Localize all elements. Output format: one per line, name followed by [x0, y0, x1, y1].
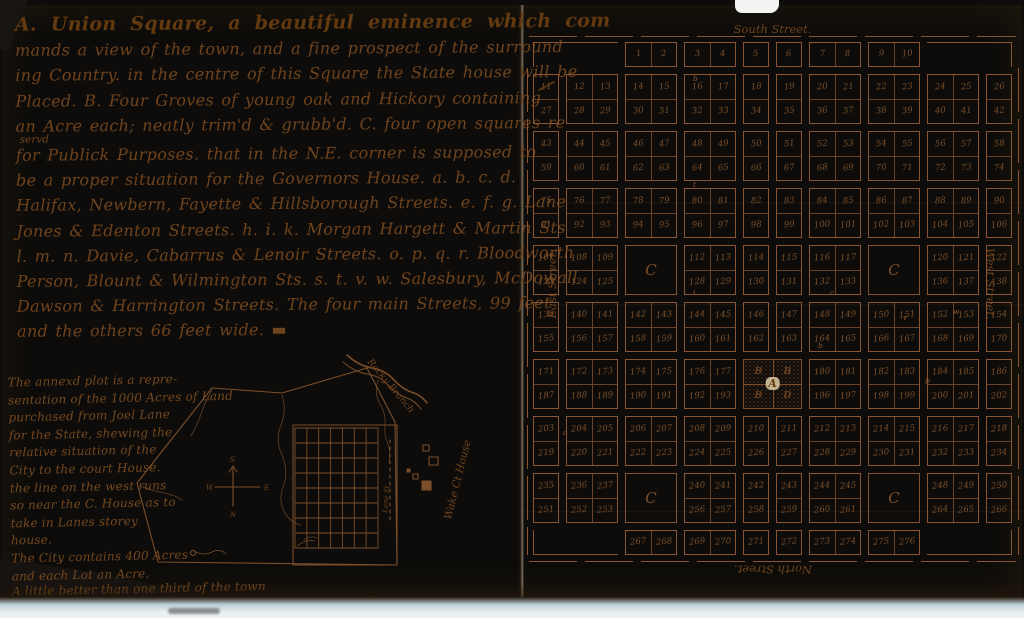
city-block: 54557071: [868, 131, 920, 181]
city-block: 267268: [625, 530, 677, 555]
lot-number: 29: [599, 107, 611, 116]
lot-number: 71: [901, 164, 913, 173]
lot-number: 77: [599, 196, 611, 205]
lot-cell: 144: [685, 303, 710, 327]
city-block: 80819697: [684, 188, 736, 238]
lot-number: 15: [658, 82, 670, 91]
lot-cell: 10: [894, 43, 919, 66]
public-square-label: C: [645, 491, 656, 506]
lot-number: 154: [991, 310, 1008, 320]
lot-cell: 120: [928, 246, 953, 270]
lot-cell: 230: [869, 441, 894, 465]
lot-number: 218: [991, 424, 1008, 434]
lot-cell: 188: [567, 384, 592, 408]
lot-cell: 211: [777, 417, 801, 441]
city-block: 112113128129: [684, 245, 736, 295]
city-block: 140141156157: [566, 302, 618, 352]
lot-cell: 205: [592, 417, 617, 441]
union-square: BBBDA: [743, 359, 802, 409]
lot-cell: 53: [835, 132, 860, 156]
city-block: 139155: [533, 302, 559, 352]
street-key-letter: o: [563, 429, 568, 437]
city-block: 8399: [776, 188, 802, 238]
city-block: 910: [868, 42, 920, 67]
lot-number: 229: [840, 449, 857, 459]
compass-icon: [215, 466, 260, 506]
lot-cell: 174: [626, 360, 651, 384]
lot-cell: 14: [626, 75, 651, 99]
lot-number: 137: [958, 278, 975, 288]
lot-number: 202: [991, 392, 1008, 402]
lot-number: 9: [878, 50, 884, 59]
lot-number: 169: [958, 335, 975, 345]
lot-number: 221: [597, 449, 614, 459]
lot-cell: 114: [744, 246, 768, 270]
main-text: A. Union Square, a beautiful eminence wh…: [15, 9, 523, 344]
lot-cell: 122: [987, 246, 1011, 270]
manuscript-line: for Publick Purposes. that in the N.E. c…: [16, 139, 522, 168]
lot-number: 128: [689, 278, 706, 288]
lot-number: 99: [783, 221, 795, 230]
lot-cell: 241: [710, 474, 735, 498]
lot-cell: 89: [953, 189, 978, 213]
lot-cell: 87: [894, 189, 919, 213]
plat-corner-mark: [533, 530, 618, 555]
city-block: 7591: [533, 188, 559, 238]
lot-cell: 227: [777, 441, 801, 465]
lot-cell: 252: [567, 498, 592, 522]
lot-number: 76: [574, 196, 586, 205]
lot-number: 64: [692, 164, 704, 173]
lot-cell: 161: [710, 327, 735, 351]
lot-number: 83: [783, 196, 795, 205]
lot-number: 267: [630, 538, 647, 548]
lot-cell: 173: [592, 360, 617, 384]
lot-number: 185: [958, 367, 975, 377]
lot-number: 50: [750, 139, 762, 148]
city-block: 211227: [776, 416, 802, 466]
city-block: 180181196197: [809, 359, 861, 409]
lot-cell: 101: [835, 213, 860, 237]
lot-cell: 251: [534, 498, 558, 522]
lot-number: 191: [656, 392, 673, 402]
lot-cell: 36: [810, 99, 835, 123]
lot-number: 260: [814, 506, 831, 516]
lot-number: 245: [840, 481, 857, 491]
lot-cell: 145: [710, 303, 735, 327]
lot-cell: 61: [592, 156, 617, 180]
lot-number: 116: [814, 253, 831, 263]
lot-number: 224: [689, 449, 706, 459]
lot-cell: 79: [651, 189, 676, 213]
lot-number: 105: [958, 221, 975, 231]
lot-cell: 157: [592, 327, 617, 351]
lot-number: 265: [958, 506, 975, 516]
lot-cell: 168: [928, 327, 953, 351]
lot-cell: 152: [928, 303, 953, 327]
lot-cell: 245: [835, 474, 860, 498]
lot-number: 57: [960, 139, 972, 148]
lot-cell: 149: [835, 303, 860, 327]
lot-cell: 34: [744, 99, 768, 123]
city-block: 115131: [776, 245, 802, 295]
lot-number: 146: [748, 310, 765, 320]
city-block: 8687102103: [868, 188, 920, 238]
city-block: 78799495: [625, 188, 677, 238]
lot-number: 130: [748, 278, 765, 288]
lot-number: 73: [960, 164, 972, 173]
city-block: 22233839: [868, 74, 920, 124]
lot-number: 168: [932, 335, 949, 345]
manuscript-line: Person, Blount & Wilmington Sts. s. t. v…: [17, 265, 523, 294]
lot-cell: 100: [810, 213, 835, 237]
lot-cell: 13: [592, 75, 617, 99]
lot-cell: 266: [987, 498, 1011, 522]
paper-tear: [735, 0, 779, 13]
tract-sketch: Rocky Branch Wake Ct House Lane St Hills…: [120, 350, 520, 612]
lot-cell: 58: [987, 132, 1011, 156]
lot-number: 261: [840, 506, 857, 516]
lot-number: 4: [720, 50, 726, 59]
lot-number: 81: [717, 196, 729, 205]
lot-number: 214: [873, 424, 890, 434]
lot-cell: 44: [567, 132, 592, 156]
lot-cell: 26: [987, 75, 1011, 99]
lot-cell: 19: [777, 75, 801, 99]
lot-cell: 259: [777, 498, 801, 522]
lot-cell: 98: [744, 213, 768, 237]
lot-number: 45: [599, 139, 611, 148]
public-square-label: C: [645, 263, 656, 278]
lot-number: 61: [599, 164, 611, 173]
lot-cell: 27: [534, 99, 558, 123]
lot-number: 69: [842, 164, 854, 173]
lot-number: 240: [689, 481, 706, 491]
city-block: 107123: [533, 245, 559, 295]
lot-cell: 84: [810, 189, 835, 213]
lot-number: 157: [597, 335, 614, 345]
lot-number: 268: [656, 538, 673, 548]
lot-cell: 35: [777, 99, 801, 123]
city-block: 269270: [684, 530, 736, 555]
lot-number: 100: [814, 221, 831, 231]
lot-cell: 4: [710, 43, 735, 66]
lot-number: 161: [715, 335, 732, 345]
lot-cell: 62: [626, 156, 651, 180]
lot-number: 256: [689, 506, 706, 516]
lot-cell: 193: [710, 384, 735, 408]
lot-cell: 220: [567, 441, 592, 465]
public-square: C: [868, 245, 920, 295]
lot-number: 44: [574, 139, 586, 148]
plat-boundary-left: [527, 68, 528, 555]
lot-cell: 209: [710, 417, 735, 441]
lot-cell: 256: [685, 498, 710, 522]
building-mark: [422, 481, 431, 490]
lot-number: 193: [715, 392, 732, 402]
lot-number: 28: [574, 107, 586, 116]
city-block: 48496465: [684, 131, 736, 181]
city-block: 5: [743, 42, 769, 67]
lot-number: 125: [597, 278, 614, 288]
lot-number: 92: [574, 221, 586, 230]
lot-cell: 112: [685, 246, 710, 270]
lot-cell: 50: [744, 132, 768, 156]
lot-number: 104: [932, 221, 949, 231]
lot-number: 170: [991, 335, 1008, 345]
lot-number: 183: [899, 367, 916, 377]
street-key-letter: v: [903, 314, 907, 322]
lot-cell: 207: [651, 417, 676, 441]
lot-number: 129: [715, 278, 732, 288]
lot-cell: 18: [744, 75, 768, 99]
lot-number: 75: [540, 196, 552, 205]
city-block: 1127: [533, 74, 559, 124]
lot-number: 257: [715, 506, 732, 516]
lot-cell: 176: [685, 360, 710, 384]
lot-number: 190: [630, 392, 647, 402]
city-block: 76779293: [566, 188, 618, 238]
lot-number: 124: [571, 278, 588, 288]
lot-number: 200: [932, 392, 949, 402]
lot-number: 142: [630, 310, 647, 320]
city-block: 8889104105: [927, 188, 979, 238]
lot-cell: 191: [651, 384, 676, 408]
lot-number: 24: [935, 82, 947, 91]
city-block: 14153031: [625, 74, 677, 124]
lot-cell: 258: [744, 498, 768, 522]
lot-number: 162: [748, 335, 765, 345]
lot-cell: 214: [869, 417, 894, 441]
city-square-outline: [293, 425, 397, 565]
lot-number: 140: [571, 310, 588, 320]
lot-number: 37: [842, 107, 854, 116]
lot-number: 58: [993, 139, 1005, 148]
lot-number: 165: [840, 335, 857, 345]
lot-number: 159: [656, 335, 673, 345]
lot-cell: 192: [685, 384, 710, 408]
lot-number: 62: [633, 164, 645, 173]
lot-cell: 250: [987, 474, 1011, 498]
union-square-center-label: A: [765, 377, 780, 390]
lot-number: 166: [873, 335, 890, 345]
lot-cell: 197: [835, 384, 860, 408]
city-grid: [295, 428, 378, 548]
public-square: C: [625, 245, 677, 295]
lot-cell: 65: [710, 156, 735, 180]
lot-number: 227: [781, 449, 798, 459]
compass-south-label: S: [230, 456, 235, 464]
lot-number: 106: [991, 221, 1008, 231]
lot-number: 79: [658, 196, 670, 205]
lot-cell: 37: [835, 99, 860, 123]
lot-cell: 2: [651, 43, 676, 66]
lot-number: 65: [717, 164, 729, 173]
lot-cell: 46: [626, 132, 651, 156]
lot-cell: 185: [953, 360, 978, 384]
city-block: 144145160161: [684, 302, 736, 352]
lot-cell: 171: [534, 360, 558, 384]
lot-number: 208: [689, 424, 706, 434]
lot-number: 223: [656, 449, 673, 459]
manuscript-line: an Acre each; neatly trim'd & grubb'd. C…: [16, 110, 522, 139]
lot-cell: 236: [567, 474, 592, 498]
lot-number: 84: [817, 196, 829, 205]
lot-number: 38: [876, 107, 888, 116]
lot-number: 14: [633, 82, 645, 91]
building-mark: [429, 457, 438, 465]
lot-cell: 232: [928, 441, 953, 465]
lot-cell: 55: [894, 132, 919, 156]
lot-cell: 275: [869, 531, 894, 554]
lot-number: 152: [932, 310, 949, 320]
city-block: 184185200201: [927, 359, 979, 409]
lot-cell: 219: [534, 441, 558, 465]
lot-cell: 21: [835, 75, 860, 99]
lot-number: 243: [781, 481, 798, 491]
lot-cell: 117: [835, 246, 860, 270]
lot-cell: 92: [567, 213, 592, 237]
lot-number: 192: [689, 392, 706, 402]
city-block: 8485100101: [809, 188, 861, 238]
lot-cell: 146: [744, 303, 768, 327]
lot-cell: 108: [567, 246, 592, 270]
lot-number: 49: [717, 139, 729, 148]
lot-cell: 67: [777, 156, 801, 180]
lot-number: 19: [783, 82, 795, 91]
city-block: 244245260261: [809, 473, 861, 523]
lot-number: 78: [633, 196, 645, 205]
city-block: 186202: [986, 359, 1012, 409]
lot-number: 174: [630, 367, 647, 377]
lot-cell: 270: [710, 531, 735, 554]
lot-number: 206: [630, 424, 647, 434]
lot-number: 212: [814, 424, 831, 434]
lot-cell: 273: [810, 531, 835, 554]
lot-cell: 130: [744, 270, 768, 294]
lot-cell: 271: [744, 531, 768, 554]
lot-number: 181: [840, 367, 857, 377]
lot-number: 30: [633, 107, 645, 116]
lot-cell: 39: [894, 99, 919, 123]
lot-number: 101: [840, 221, 857, 231]
lot-number: 82: [750, 196, 762, 205]
lot-cell: 95: [651, 213, 676, 237]
lot-cell: 75: [534, 189, 558, 213]
lot-number: 210: [748, 424, 765, 434]
lot-number: 120: [932, 253, 949, 263]
lot-cell: 29: [592, 99, 617, 123]
lot-number: 85: [842, 196, 854, 205]
city-block: 78: [809, 42, 861, 67]
street-key-letter: p: [925, 377, 930, 385]
city-block: 271: [743, 530, 769, 555]
lot-cell: 267: [626, 531, 651, 554]
lot-number: 54: [876, 139, 888, 148]
lot-number: 215: [899, 424, 916, 434]
city-block: 240241256257: [684, 473, 736, 523]
lot-number: 176: [689, 367, 706, 377]
plat-boundary-top: [529, 36, 1016, 37]
city-block: 12132829: [566, 74, 618, 124]
lot-cell: 56: [928, 132, 953, 156]
city-block: 210226: [743, 416, 769, 466]
lot-number: 231: [899, 449, 916, 459]
city-block: 275276: [868, 530, 920, 555]
lot-number: 12: [574, 82, 586, 91]
creek: [191, 390, 212, 436]
lot-cell: 221: [592, 441, 617, 465]
lot-number: 259: [781, 506, 798, 516]
lot-cell: 240: [685, 474, 710, 498]
lot-number: 197: [840, 392, 857, 402]
lot-cell: 183: [894, 360, 919, 384]
creek: [140, 486, 182, 500]
lot-cell: 57: [953, 132, 978, 156]
compass-east-label: E: [263, 484, 269, 492]
lot-cell: 175: [651, 360, 676, 384]
lot-cell: 40: [928, 99, 953, 123]
lot-cell: 187: [534, 384, 558, 408]
lot-number: 3: [694, 50, 700, 59]
lot-cell: 32: [685, 99, 710, 123]
lot-cell: 167: [894, 327, 919, 351]
lot-cell: 216: [928, 417, 953, 441]
lot-cell: 182: [869, 360, 894, 384]
lot-cell: 224: [685, 441, 710, 465]
lot-number: 26: [993, 82, 1005, 91]
lot-cell: 86: [869, 189, 894, 213]
lot-cell: 136: [928, 270, 953, 294]
lot-number: 68: [817, 164, 829, 173]
lot-number: 160: [689, 335, 706, 345]
manuscript-line: be a proper situation for the Governors …: [16, 164, 522, 193]
lot-cell: 169: [953, 327, 978, 351]
lot-cell: 9: [869, 43, 894, 66]
lot-number: 187: [538, 392, 555, 402]
lot-cell: 139: [534, 303, 558, 327]
street-key-letter: b: [818, 342, 823, 350]
lot-cell: 71: [894, 156, 919, 180]
lot-cell: 213: [835, 417, 860, 441]
lot-cell: 172: [567, 360, 592, 384]
lot-number: 139: [538, 310, 555, 320]
lot-number: 244: [814, 481, 831, 491]
lot-cell: 123: [534, 270, 558, 294]
lot-number: 74: [993, 164, 1005, 173]
grove-letter: D: [783, 392, 791, 401]
lot-number: 207: [656, 424, 673, 434]
city-block: 212213228229: [809, 416, 861, 466]
lot-number: 96: [692, 221, 704, 230]
manuscript-line: A. Union Square, a beautiful eminence wh…: [15, 9, 521, 38]
lot-cell: 12: [567, 75, 592, 99]
lot-cell: 165: [835, 327, 860, 351]
lot-number: 25: [960, 82, 972, 91]
lot-number: 16: [692, 82, 704, 91]
lot-number: 56: [935, 139, 947, 148]
lot-number: 155: [538, 335, 555, 345]
lot-number: 235: [538, 481, 555, 491]
city-block: 273274: [809, 530, 861, 555]
city-block: 171187: [533, 359, 559, 409]
lot-cell: 137: [953, 270, 978, 294]
lot-number: 53: [842, 139, 854, 148]
lot-cell: 24: [928, 75, 953, 99]
lot-cell: 190: [626, 384, 651, 408]
lot-cell: 88: [928, 189, 953, 213]
lot-cell: 257: [710, 498, 735, 522]
